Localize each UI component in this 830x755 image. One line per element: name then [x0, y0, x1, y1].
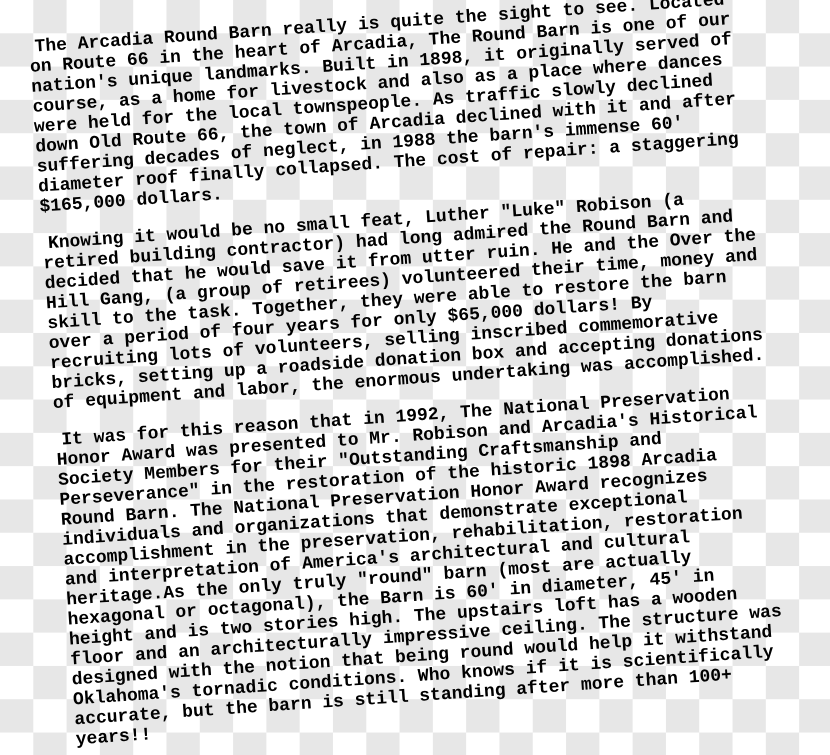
document-paragraph-1: The Arcadia Round Barn really is quite t… [28, 0, 818, 218]
typed-document-text: The Arcadia Round Barn really is quite t… [28, 0, 830, 750]
transparency-checkerboard: { "colors": { "checker-light": "#ffffff"… [0, 0, 830, 755]
document-paragraph-2: Knowing it would be no small feat, Luthe… [41, 181, 830, 414]
document-paragraph-3: It was for this reason that in 1992, The… [55, 378, 830, 750]
